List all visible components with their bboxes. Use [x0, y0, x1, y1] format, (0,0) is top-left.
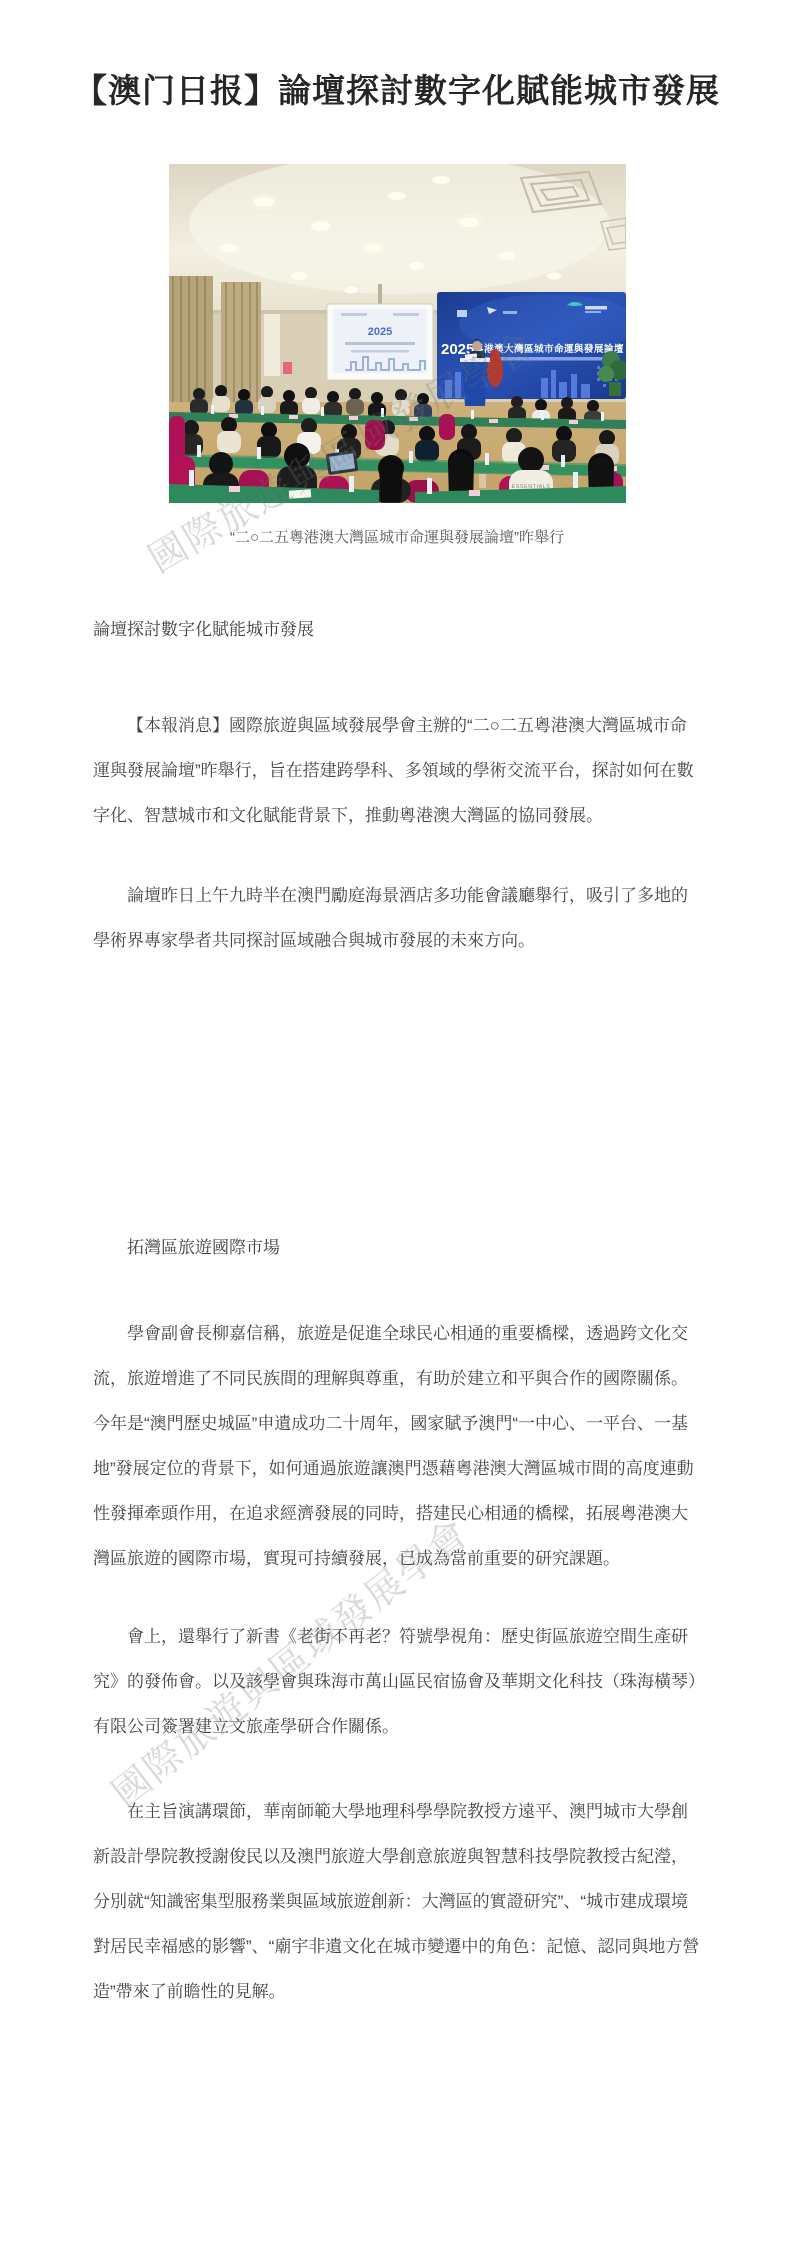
article-subtitle: 論壇探討數字化賦能城市發展 — [93, 616, 702, 643]
laptop-icon — [325, 450, 358, 475]
conference-photo: 2025 2025 粵港澳大灣 — [169, 164, 626, 503]
conference-photo-image: 2025 2025 粵港澳大灣 — [169, 164, 626, 503]
page-title: 【澳门日报】論壇探討數字化賦能城市發展 — [0, 0, 794, 112]
article-body: 論壇探討數字化賦能城市發展 【本報消息】國際旅遊與區域發展學會主辦的“二○二五粵… — [0, 616, 794, 2014]
article-page: 國際旅遊與區域發展學會 國際旅遊與區域發展學會 【澳门日报】論壇探討數字化賦能城… — [0, 0, 794, 2244]
paragraph: 會上，還舉行了新書《老街不再老？符號學視角：歷史街區旅遊空間生產研究》的發佈會。… — [93, 1614, 702, 1749]
paragraph: 學會副會長柳嘉信稱，旅遊是促進全球民心相通的重要橋樑，透過跨文化交流，旅遊增進了… — [93, 1311, 702, 1581]
section-heading: 拓灣區旅遊國際市場 — [93, 1225, 702, 1270]
screen-year-text: 2025 — [367, 326, 391, 338]
paragraph: 論壇昨日上午九時半在澳門勵庭海景酒店多功能會議廳舉行，吸引了多地的學術界專家學者… — [93, 873, 702, 963]
paragraph: 在主旨演講環節，華南師範大學地理科學學院教授方遠平、澳門城市大學創新設計學院教授… — [93, 1789, 702, 2014]
photo-caption: “二○二五粵港澳大灣區城市命運與發展論壇”昨舉行 — [0, 528, 794, 548]
paragraph: 【本報消息】國際旅遊與區域發展學會主辦的“二○二五粵港澳大灣區城市命運與發展論壇… — [93, 703, 702, 838]
